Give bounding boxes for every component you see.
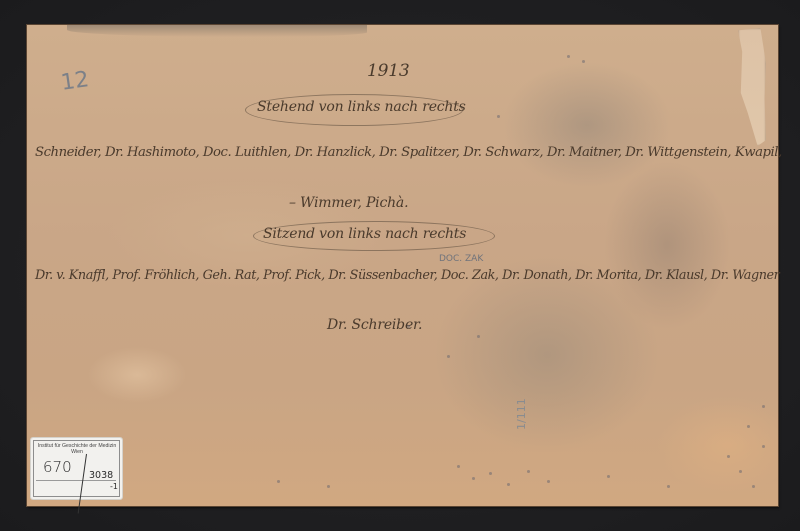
archive-number-left: 670 [43,458,72,476]
label-slash [78,454,87,514]
standing-heading: Stehend von links nach rechts [257,99,466,115]
archive-institution: Institut für Geschichte der Medizin Wien [35,443,119,455]
archive-number-right: 3038 [89,470,113,481]
pencil-number-note: 12 [59,67,90,96]
torn-top-edge [67,25,367,37]
seated-names-row-2: Dr. Schreiber. [327,317,422,333]
standing-names-row-2: – Wimmer, Pichà. [289,195,408,211]
archive-number-suffix: -1 [110,482,118,491]
year-heading: 1913 [367,61,409,81]
pencil-doc-note: DOC. ZAK [439,254,483,264]
pencil-vertical-note: 1/111 [515,398,528,430]
photo-mount-card: 12 1913 Stehend von links nach rechts Sc… [27,25,778,506]
standing-names-row-1: Schneider, Dr. Hashimoto, Doc. Luithlen,… [35,145,782,160]
archive-label: Institut für Geschichte der Medizin Wien… [30,437,123,500]
scan-background: 12 1913 Stehend von links nach rechts Sc… [0,0,800,531]
torn-paper-corner [738,28,766,146]
seated-heading: Sitzend von links nach rechts [263,226,466,242]
seated-names-row-1: Dr. v. Knaffl, Prof. Fröhlich, Geh. Rat,… [35,268,779,283]
